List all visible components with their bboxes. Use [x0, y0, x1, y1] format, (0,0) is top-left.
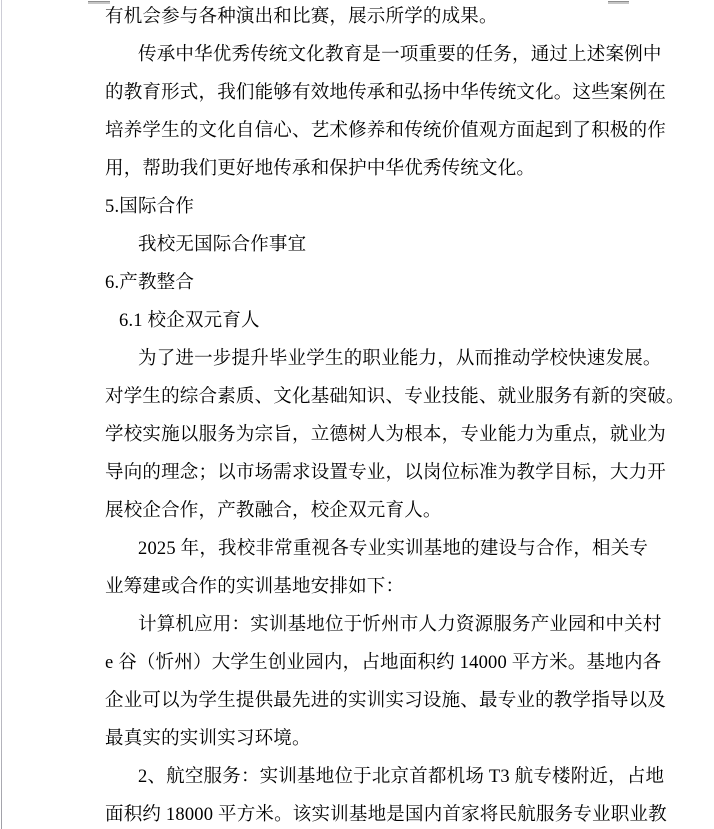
text-line: 有机会参与各种演出和比赛，展示所学的成果。 — [105, 0, 665, 36]
text-line: 业筹建或合作的实训基地安排如下： — [105, 568, 665, 606]
text-line: 传承中华优秀传统文化教育是一项重要的任务，通过上述案例中 — [105, 36, 665, 74]
page-left-edge-line — [1, 0, 2, 829]
text-line: 为了进一步提升毕业学生的职业能力，从而推动学校快速发展。 — [105, 340, 665, 378]
text-line: e 谷（忻州）大学生创业园内，占地面积约 14000 平方米。基地内各 — [105, 644, 665, 682]
text-line: 学校实施以服务为宗旨，立德树人为根本，专业能力为重点，就业为 — [105, 416, 665, 454]
text-line: 2025 年，我校非常重视各专业实训基地的建设与合作，相关专 — [105, 530, 665, 568]
text-line: 用，帮助我们更好地传承和保护中华优秀传统文化。 — [105, 150, 665, 188]
text-line: 面积约 18000 平方米。该实训基地是国内首家将民航服务专业职业教 — [105, 796, 665, 829]
text-line: 最真实的实训实习环境。 — [105, 720, 665, 758]
text-line: 的教育形式，我们能够有效地传承和弘扬中华传统文化。这些案例在 — [105, 74, 665, 112]
text-line: 计算机应用：实训基地位于忻州市人力资源服务产业园和中关村 — [105, 606, 665, 644]
text-line: 培养学生的文化自信心、艺术修养和传统价值观方面起到了积极的作 — [105, 112, 665, 150]
text-line: 导向的理念；以市场需求设置专业，以岗位标准为教学目标，大力开 — [105, 454, 665, 492]
section-heading-industry-education: 6.产教整合 — [105, 264, 665, 302]
text-line: 我校无国际合作事宜 — [105, 226, 665, 264]
text-line: 企业可以为学生提供最先进的实训实习设施、最专业的教学指导以及 — [105, 682, 665, 720]
text-line: 2、航空服务：实训基地位于北京首都机场 T3 航专楼附近，占地 — [105, 758, 665, 796]
section-heading-international: 5.国际合作 — [105, 188, 665, 226]
document-page[interactable]: 有机会参与各种演出和比赛，展示所学的成果。 传承中华优秀传统文化教育是一项重要的… — [0, 0, 714, 829]
text-line: 展校企合作，产教融合，校企双元育人。 — [105, 492, 665, 530]
subsection-heading-dual-education: 6.1 校企双元育人 — [105, 302, 665, 340]
document-text-block: 有机会参与各种演出和比赛，展示所学的成果。 传承中华优秀传统文化教育是一项重要的… — [105, 0, 665, 829]
text-line: 对学生的综合素质、文化基础知识、专业技能、就业服务有新的突破。 — [105, 378, 665, 416]
